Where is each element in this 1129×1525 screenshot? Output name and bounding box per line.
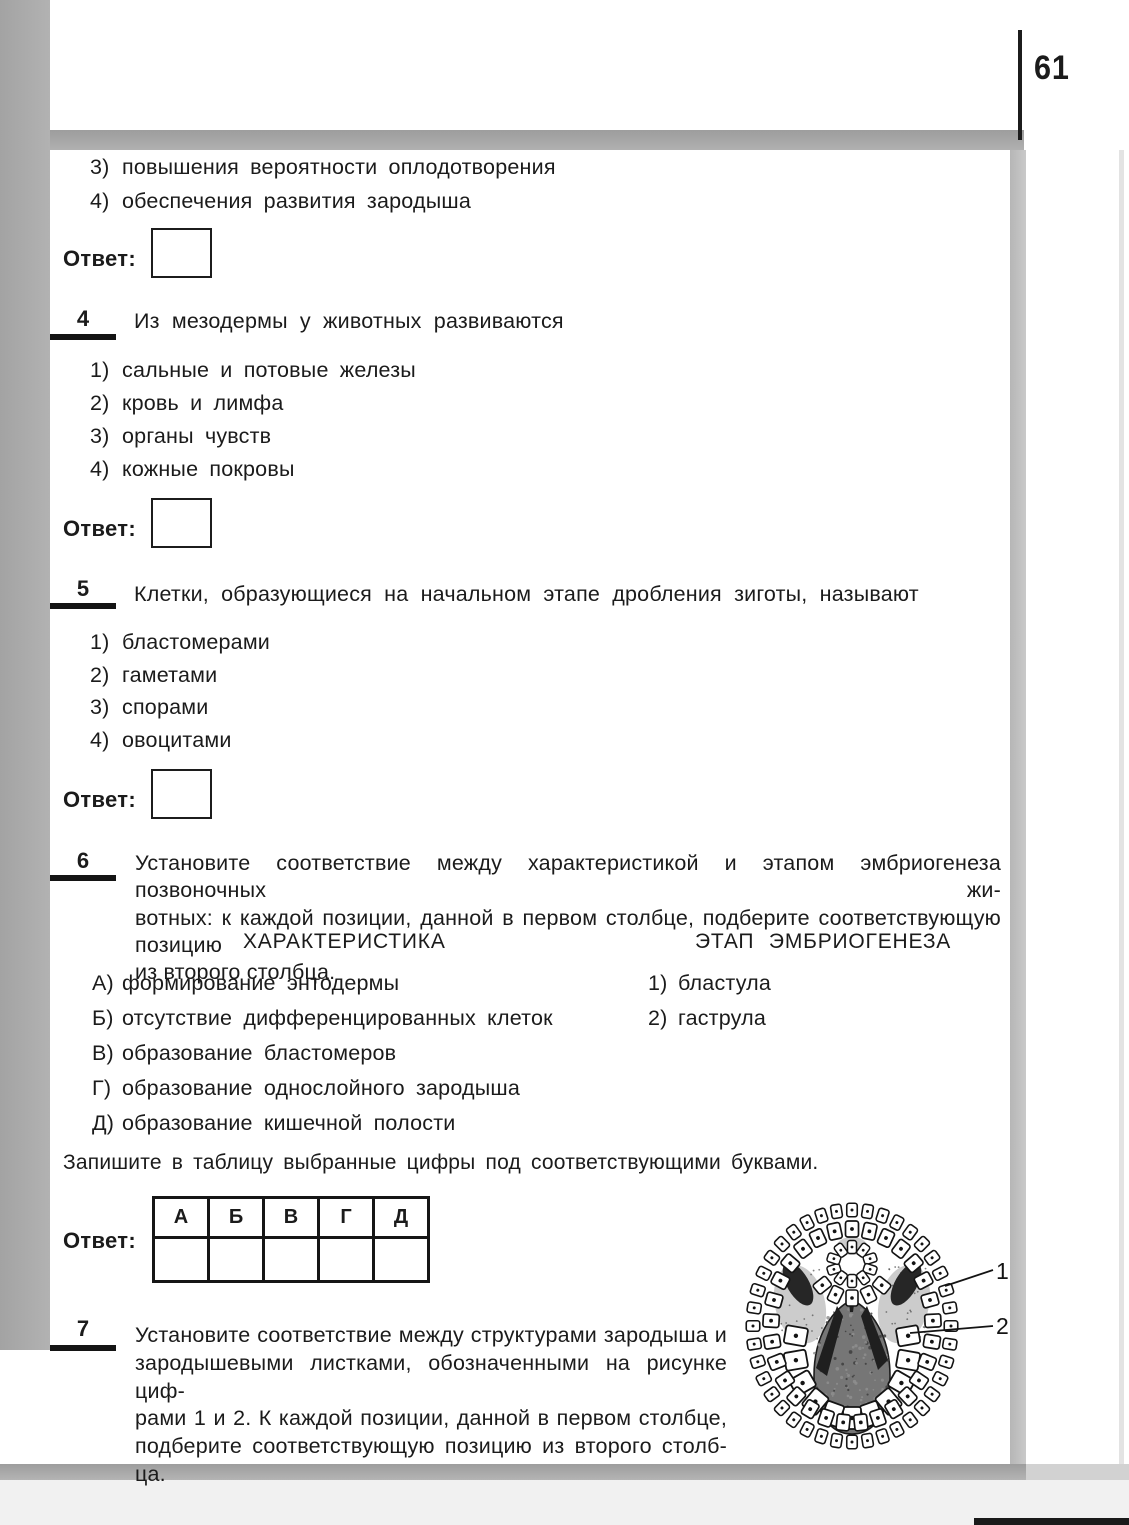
header-cell-a: А [154,1198,209,1238]
intro-option-3: 3)повышения вероятности оплодотворения [90,155,556,180]
q5-option-1: 1)бластомерами [90,630,270,655]
value-cell-d[interactable] [374,1238,429,1282]
answer-table-value-row [154,1238,429,1282]
item-letter: Г) [92,1076,122,1101]
intro-option-4: 4)обеспечения развития зародыша [90,189,471,214]
item-text: гаструла [678,1006,766,1030]
question-7-text: Установите соответствие между структурам… [135,1322,727,1489]
option-number: 4) [90,457,118,482]
embryo-illustration [742,1200,998,1452]
header-cell-d: Д [374,1198,429,1238]
q5-option-3: 3)спорами [90,695,208,720]
value-cell-a[interactable] [154,1238,209,1282]
option-text: кожные покровы [118,457,295,481]
item-letter: Б) [92,1006,122,1031]
page-number: 61 [1034,49,1070,88]
item-text: бластула [678,971,771,995]
value-cell-b[interactable] [209,1238,264,1282]
answer-label: Ответ: [63,246,136,272]
text-line: рами 1 и 2. К каждой позиции, данной в п… [135,1405,727,1433]
text-line: Установите соответствие между структурам… [135,1322,727,1350]
text-line: ца. [135,1461,727,1489]
image-right-edge [1119,150,1124,1464]
page-edge-bottom-light [1026,1464,1129,1480]
option-text: кровь и лимфа [118,391,283,415]
q4-option-4: 4)кожные покровы [90,457,295,482]
q5-option-2: 2)гаметами [90,663,217,688]
text-line: подберите соответствующую позицию из вто… [135,1433,727,1461]
question-4-number: 4 [50,306,116,332]
header-rule [1018,30,1022,140]
item-text: образование бластомеров [122,1041,396,1065]
item-letter: Д) [92,1111,122,1136]
value-cell-v[interactable] [264,1238,319,1282]
next-page-edge-line [974,1518,1129,1525]
q6-left-item-a: А)формирование энтодермы [92,971,399,996]
q4-option-1: 1)сальные и потовые железы [90,358,416,383]
q5-option-4: 4)овоцитами [90,728,232,753]
option-number: 4) [90,189,118,214]
q6-left-item-v: В)образование бластомеров [92,1041,396,1066]
scanned-exam-page: 61 3)повышения вероятности оплодотворени… [0,0,1129,1525]
column-header-stage: ЭТАП ЭМБРИОГЕНЕЗА [695,930,951,954]
question-6-text: Установите соответствие между характерис… [135,850,1001,986]
column-header-characteristic: ХАРАКТЕРИСТИКА [243,930,446,954]
header-cell-g: Г [319,1198,374,1238]
item-letter: А) [92,971,122,996]
question-7-rule [50,1345,116,1351]
option-text: органы чувств [118,424,271,448]
option-text: сальные и потовые железы [118,358,416,382]
item-number: 2) [648,1006,678,1031]
question-4-title: Из мезодермы у животных развиваются [134,309,564,334]
embryo-figure [742,1200,998,1452]
item-number: 1) [648,971,678,996]
question-5-number: 5 [50,576,116,602]
q6-left-item-b: Б)отсутствие дифференцированных клеток [92,1006,553,1031]
text-line: Установите соответствие между характерис… [135,850,1001,905]
option-number: 1) [90,358,118,383]
option-number: 2) [90,391,118,416]
option-number: 3) [90,155,118,180]
option-text: гаметами [118,663,217,687]
answer-table: А Б В Г Д [152,1196,430,1283]
q6-right-item-2: 2)гаструла [648,1006,766,1031]
answer-label: Ответ: [63,1228,136,1254]
option-number: 3) [90,695,118,720]
question-7-number: 7 [50,1316,116,1342]
header-cell-b: Б [209,1198,264,1238]
answer-box[interactable] [151,228,212,278]
figure-label-2: 2 [996,1313,1009,1340]
question-4-rule [50,334,116,340]
option-number: 2) [90,663,118,688]
question-6-number: 6 [50,848,116,874]
answer-label: Ответ: [63,516,136,542]
question-6-rule [50,875,116,881]
q6-left-item-g: Г)образование однослойного зародыша [92,1076,520,1101]
text-line: зародышевыми листками, обозначенными на … [135,1350,727,1406]
option-text: обеспечения развития зародыша [118,189,471,213]
option-number: 4) [90,728,118,753]
item-text: формирование энтодермы [122,971,399,995]
item-text: образование однослойного зародыша [122,1076,520,1100]
q4-option-3: 3)органы чувств [90,424,271,449]
figure-label-1: 1 [996,1258,1009,1285]
option-text: спорами [118,695,208,719]
item-text: отсутствие дифференцированных клеток [122,1006,553,1030]
option-text: повышения вероятности оплодотворения [118,155,556,179]
answer-table-header-row: А Б В Г Д [154,1198,429,1238]
q4-option-2: 2)кровь и лимфа [90,391,283,416]
item-letter: В) [92,1041,122,1066]
item-text: образование кишечной полости [122,1111,455,1135]
option-text: бластомерами [118,630,270,654]
question-5-title: Клетки, образующиеся на начальном этапе … [134,582,919,607]
option-number: 3) [90,424,118,449]
answer-label: Ответ: [63,787,136,813]
q6-left-item-d: Д)образование кишечной полости [92,1111,455,1136]
page-edge-right [1010,150,1026,1464]
q6-instruction: Запишите в таблицу выбранные цифры под с… [63,1151,818,1175]
page-edge-top [0,130,1024,150]
answer-box[interactable] [151,498,212,548]
value-cell-g[interactable] [319,1238,374,1282]
option-text: овоцитами [118,728,232,752]
page-edge-left [0,0,50,1350]
answer-box[interactable] [151,769,212,819]
header-cell-v: В [264,1198,319,1238]
option-number: 1) [90,630,118,655]
q6-right-item-1: 1)бластула [648,971,771,996]
question-5-rule [50,603,116,609]
